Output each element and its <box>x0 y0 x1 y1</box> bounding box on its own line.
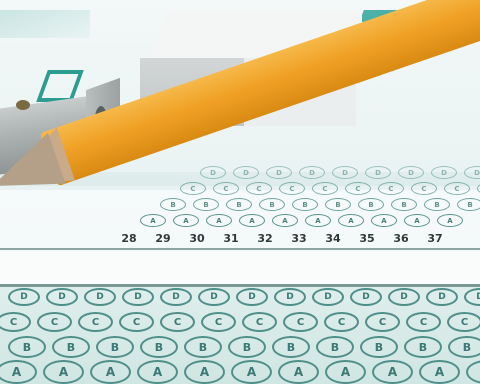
answer-bubble: A <box>305 214 331 227</box>
answer-bubble: A <box>184 360 225 384</box>
question-number: 32 <box>248 232 282 245</box>
answer-bubble: A <box>140 214 166 227</box>
answer-bubble: A <box>372 360 413 384</box>
question-number: 35 <box>350 232 384 245</box>
question-number: 37 <box>418 232 452 245</box>
answer-bubble: C <box>246 182 272 195</box>
answer-bubble: C <box>283 312 318 332</box>
question-number: 30 <box>180 232 214 245</box>
answer-bubble: C <box>201 312 236 332</box>
answer-bubble: C <box>37 312 72 332</box>
answer-bubble: B <box>228 336 266 358</box>
answer-bubble: D <box>266 166 292 179</box>
question-number: 34 <box>316 232 350 245</box>
answer-bubble: C <box>180 182 206 195</box>
photo-scene: DDDDDDDDDDCCCCCCCCCCBBBBBBBBBBAAAAAAAAAA… <box>0 0 480 384</box>
answer-bubble: A <box>404 214 430 227</box>
answer-bubble: D <box>388 288 420 306</box>
answer-bubble: D <box>431 166 457 179</box>
sharpener-screw <box>16 100 30 110</box>
answer-bubble: C <box>160 312 195 332</box>
answer-bubble: C <box>324 312 359 332</box>
answer-bubble: C <box>378 182 404 195</box>
answer-bubble: C <box>279 182 305 195</box>
answer-bubble: B <box>316 336 354 358</box>
answer-bubble: A <box>43 360 84 384</box>
answer-bubble: D <box>233 166 259 179</box>
answer-bubble: B <box>424 198 450 211</box>
answer-bubble: D <box>122 288 154 306</box>
answer-bubble: C <box>213 182 239 195</box>
answer-bubble: D <box>84 288 116 306</box>
answer-bubble: D <box>274 288 306 306</box>
answer-bubble: D <box>398 166 424 179</box>
question-number: 29 <box>146 232 180 245</box>
answer-bubble: C <box>119 312 154 332</box>
answer-bubble: C <box>345 182 371 195</box>
answer-bubble: B <box>52 336 90 358</box>
answer-bubble: B <box>360 336 398 358</box>
answer-bubble: D <box>46 288 78 306</box>
question-number: 33 <box>282 232 316 245</box>
answer-bubble: D <box>332 166 358 179</box>
answer-bubble: B <box>184 336 222 358</box>
answer-bubble: B <box>292 198 318 211</box>
answer-bubble: B <box>259 198 285 211</box>
answer-bubble: B <box>160 198 186 211</box>
answer-bubble: A <box>437 214 463 227</box>
answer-bubble: B <box>404 336 442 358</box>
answer-bubble: B <box>8 336 46 358</box>
question-number: 31 <box>214 232 248 245</box>
answer-bubble: A <box>206 214 232 227</box>
answer-bubble: B <box>140 336 178 358</box>
answer-bubble: A <box>325 360 366 384</box>
answer-bubble: D <box>365 166 391 179</box>
answer-bubble: B <box>272 336 310 358</box>
answer-bubble: A <box>272 214 298 227</box>
sheet-divider-line <box>0 248 480 250</box>
answer-bubble: A <box>90 360 131 384</box>
answer-bubble: D <box>198 288 230 306</box>
answer-bubble: B <box>358 198 384 211</box>
answer-bubble: D <box>200 166 226 179</box>
answer-bubble: B <box>193 198 219 211</box>
answer-bubble: B <box>325 198 351 211</box>
answer-bubble: A <box>338 214 364 227</box>
answer-bubble: D <box>426 288 458 306</box>
question-number: 36 <box>384 232 418 245</box>
answer-bubble: C <box>447 312 480 332</box>
answer-bubble: D <box>350 288 382 306</box>
answer-bubble: A <box>419 360 460 384</box>
answer-bubble: A <box>231 360 272 384</box>
answer-bubble: D <box>312 288 344 306</box>
answer-bubble: C <box>242 312 277 332</box>
answer-bubble: B <box>391 198 417 211</box>
sheet-gap <box>0 252 480 284</box>
answer-bubble: C <box>78 312 113 332</box>
answer-bubble: B <box>226 198 252 211</box>
answer-bubble: A <box>371 214 397 227</box>
sheet-header-shade <box>0 10 90 38</box>
question-number: 28 <box>112 232 146 245</box>
answer-bubble: D <box>299 166 325 179</box>
answer-bubble: A <box>278 360 319 384</box>
answer-bubble: C <box>444 182 470 195</box>
answer-bubble: D <box>8 288 40 306</box>
answer-bubble: A <box>173 214 199 227</box>
answer-bubble: D <box>160 288 192 306</box>
answer-bubble: B <box>96 336 134 358</box>
answer-bubble: C <box>312 182 338 195</box>
answer-bubble: B <box>457 198 480 211</box>
answer-bubble: D <box>236 288 268 306</box>
answer-bubble: C <box>411 182 437 195</box>
answer-bubble: B <box>448 336 480 358</box>
answer-bubble: A <box>239 214 265 227</box>
answer-bubble: A <box>137 360 178 384</box>
answer-bubble: C <box>406 312 441 332</box>
question-number-row: 28 29 30 31 32 33 34 35 36 37 <box>112 232 452 245</box>
answer-bubble: C <box>365 312 400 332</box>
